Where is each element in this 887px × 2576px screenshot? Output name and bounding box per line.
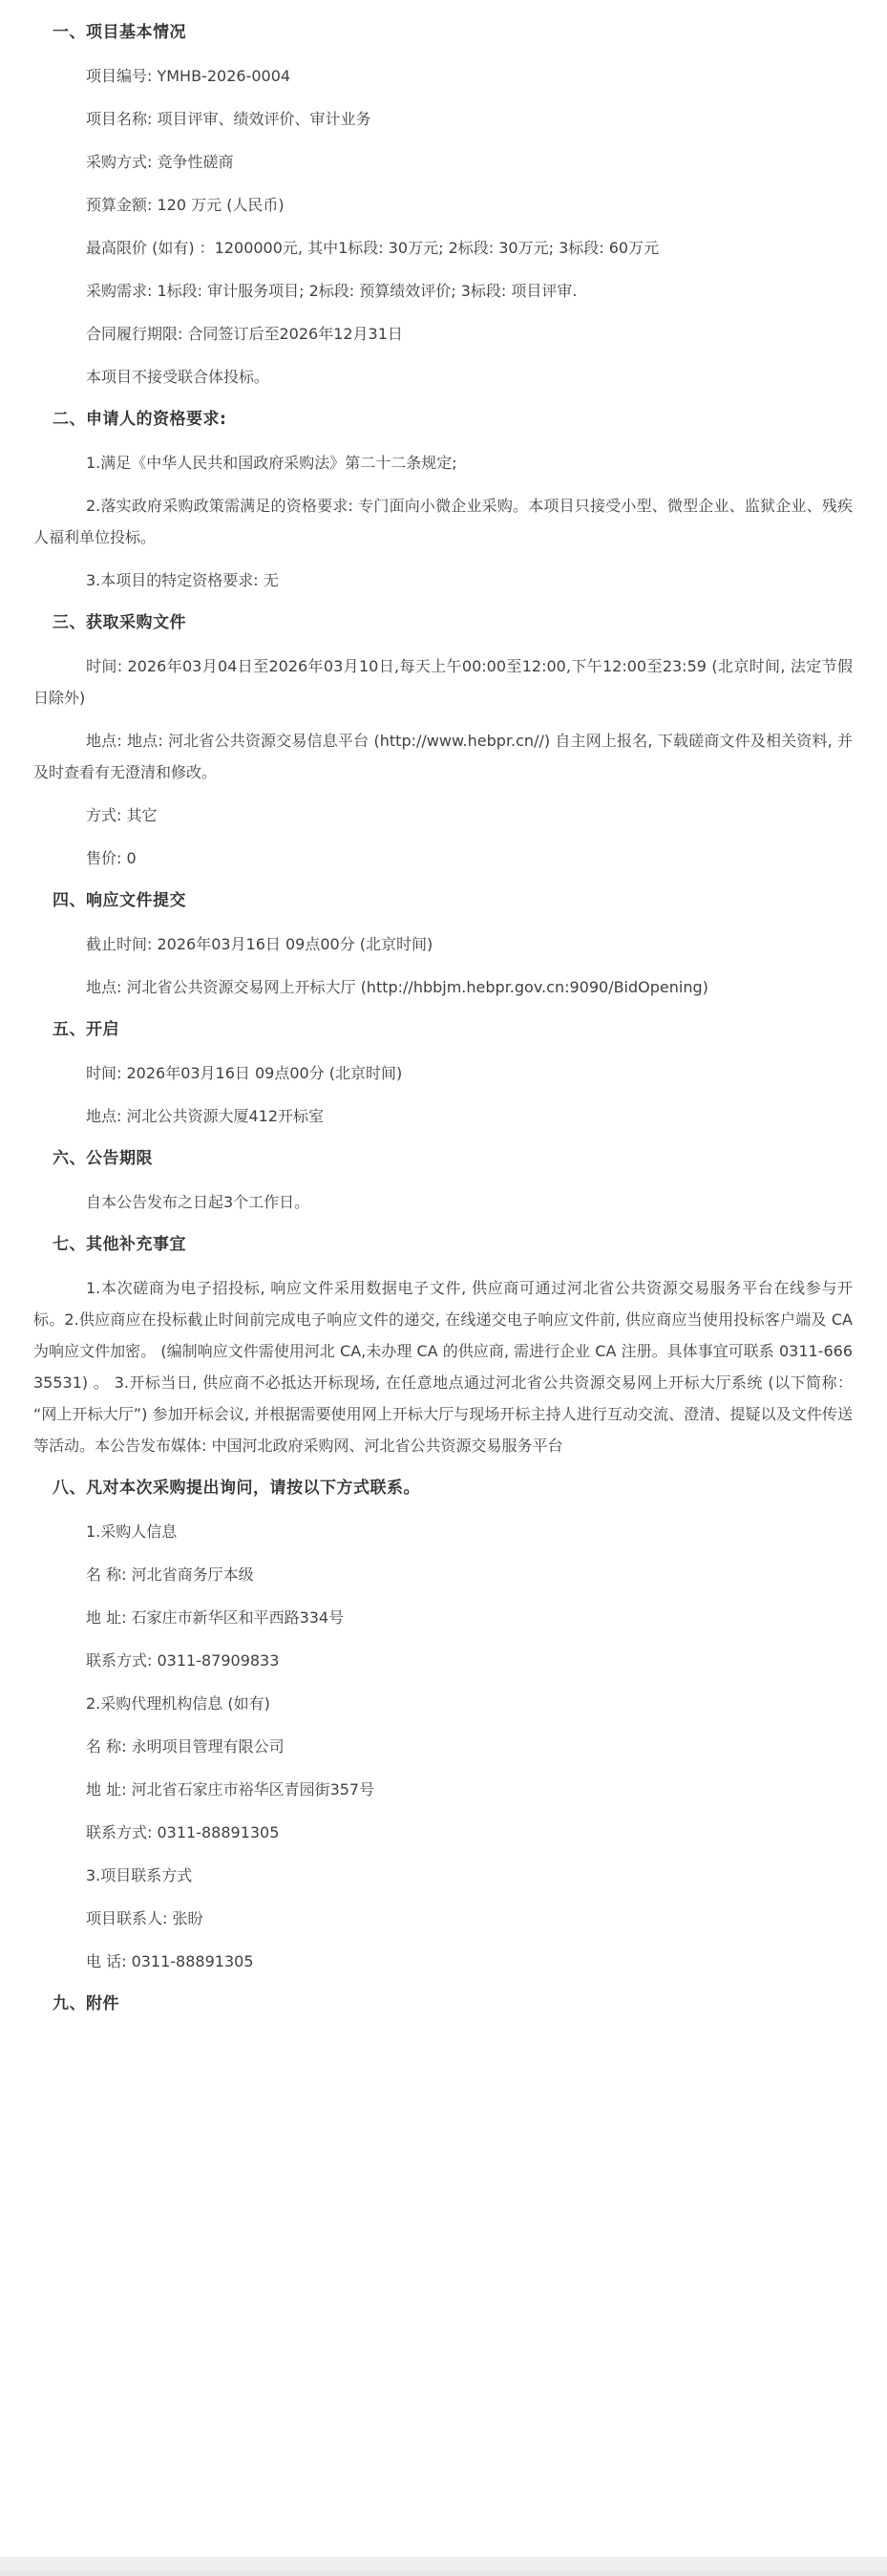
section-1-heading: 一、项目基本情况 [53, 17, 853, 49]
section-opening: 五、开启 时间: 2026年03月16日 09点00分 (北京时间) 地点: 河… [33, 1014, 853, 1132]
section-7-heading: 七、其他补充事宜 [53, 1229, 853, 1261]
qualification-requirement-1: 1.满足《中华人民共和国政府采购法》第二十二条规定; [33, 447, 853, 479]
project-contact-person: 项目联系人: 张盼 [33, 1903, 853, 1934]
purchaser-name: 名 称: 河北省商务厅本级 [33, 1559, 853, 1590]
section-obtain-procurement-documents: 三、获取采购文件 时间: 2026年03月04日至2026年03月10日,每天上… [33, 607, 853, 874]
section-attachments: 九、附件 [33, 1989, 853, 2020]
section-applicant-qualification: 二、申请人的资格要求: 1.满足《中华人民共和国政府采购法》第二十二条规定; 2… [33, 404, 853, 596]
obtain-method: 方式: 其它 [33, 799, 853, 831]
project-contact-label: 3.项目联系方式 [33, 1860, 853, 1891]
project-number: 项目编号: YMHB-2026-0004 [33, 60, 853, 92]
supplementary-matters-text: 1.本次磋商为电子招投标, 响应文件采用数据电子文件, 供应商可通过河北省公共资… [33, 1272, 853, 1461]
purchaser-contact: 联系方式: 0311-87909833 [33, 1645, 853, 1676]
section-other-supplementary-matters: 七、其他补充事宜 1.本次磋商为电子招投标, 响应文件采用数据电子文件, 供应商… [33, 1229, 853, 1461]
agency-name: 名 称: 永明项目管理有限公司 [33, 1731, 853, 1762]
project-name: 项目名称: 项目评审、绩效评价、审计业务 [33, 103, 853, 135]
section-contact-information: 八、凡对本次采购提出询问，请按以下方式联系。 1.采购人信息 名 称: 河北省商… [33, 1473, 853, 1977]
contract-performance-period: 合同履行期限: 合同签订后至2026年12月31日 [33, 318, 853, 350]
submission-location: 地点: 河北省公共资源交易网上开标大厅 (http://hbbjm.hebpr.… [33, 971, 853, 1003]
agency-address: 地 址: 河北省石家庄市裕华区青园街357号 [33, 1774, 853, 1805]
agency-info-label: 2.采购代理机构信息 (如有) [33, 1688, 853, 1719]
procurement-method: 采购方式: 竞争性磋商 [33, 146, 853, 178]
page-footer [0, 2557, 887, 2576]
section-8-heading: 八、凡对本次采购提出询问，请按以下方式联系。 [53, 1473, 853, 1504]
project-contact-phone: 电 话: 0311-88891305 [33, 1946, 853, 1977]
footer-edge [0, 2571, 887, 2576]
purchaser-address: 地 址: 石家庄市新华区和平西路334号 [33, 1602, 853, 1633]
footer-bar [0, 2557, 887, 2571]
obtain-price: 售价: 0 [33, 842, 853, 874]
submission-deadline: 截止时间: 2026年03月16日 09点00分 (北京时间) [33, 928, 853, 960]
section-6-heading: 六、公告期限 [53, 1143, 853, 1175]
qualification-requirement-2: 2.落实政府采购政策需满足的资格要求: 专门面向小微企业采购。本项目只接受小型、… [33, 490, 853, 553]
consortium-bid-note: 本项目不接受联合体投标。 [33, 361, 853, 393]
section-5-heading: 五、开启 [53, 1014, 853, 1046]
section-announcement-period: 六、公告期限 自本公告发布之日起3个工作日。 [33, 1143, 853, 1218]
announcement-document: 一、项目基本情况 项目编号: YMHB-2026-0004 项目名称: 项目评审… [0, 0, 887, 2557]
budget-amount: 预算金额: 120 万元 (人民币) [33, 189, 853, 221]
obtain-time: 时间: 2026年03月04日至2026年03月10日,每天上午00:00至12… [33, 650, 853, 713]
announcement-period-text: 自本公告发布之日起3个工作日。 [33, 1186, 853, 1218]
opening-location: 地点: 河北公共资源大厦412开标室 [33, 1100, 853, 1132]
max-price-limit: 最高限价 (如有) ：1200000元, 其中1标段: 30万元; 2标段: 3… [33, 232, 853, 264]
qualification-requirement-3: 3.本项目的特定资格要求: 无 [33, 564, 853, 596]
procurement-requirements: 采购需求: 1标段: 审计服务项目; 2标段: 预算绩效评价; 3标段: 项目评… [33, 275, 853, 307]
section-4-heading: 四、响应文件提交 [53, 885, 853, 917]
section-response-document-submission: 四、响应文件提交 截止时间: 2026年03月16日 09点00分 (北京时间)… [33, 885, 853, 1003]
section-9-heading: 九、附件 [53, 1989, 853, 2020]
section-2-heading: 二、申请人的资格要求: [53, 404, 853, 436]
agency-contact: 联系方式: 0311-88891305 [33, 1817, 853, 1848]
section-project-basic-info: 一、项目基本情况 项目编号: YMHB-2026-0004 项目名称: 项目评审… [33, 17, 853, 393]
opening-time: 时间: 2026年03月16日 09点00分 (北京时间) [33, 1057, 853, 1089]
section-3-heading: 三、获取采购文件 [53, 607, 853, 639]
obtain-location: 地点: 地点: 河北省公共资源交易信息平台 (http://www.hebpr.… [33, 725, 853, 788]
purchaser-info-label: 1.采购人信息 [33, 1516, 853, 1547]
